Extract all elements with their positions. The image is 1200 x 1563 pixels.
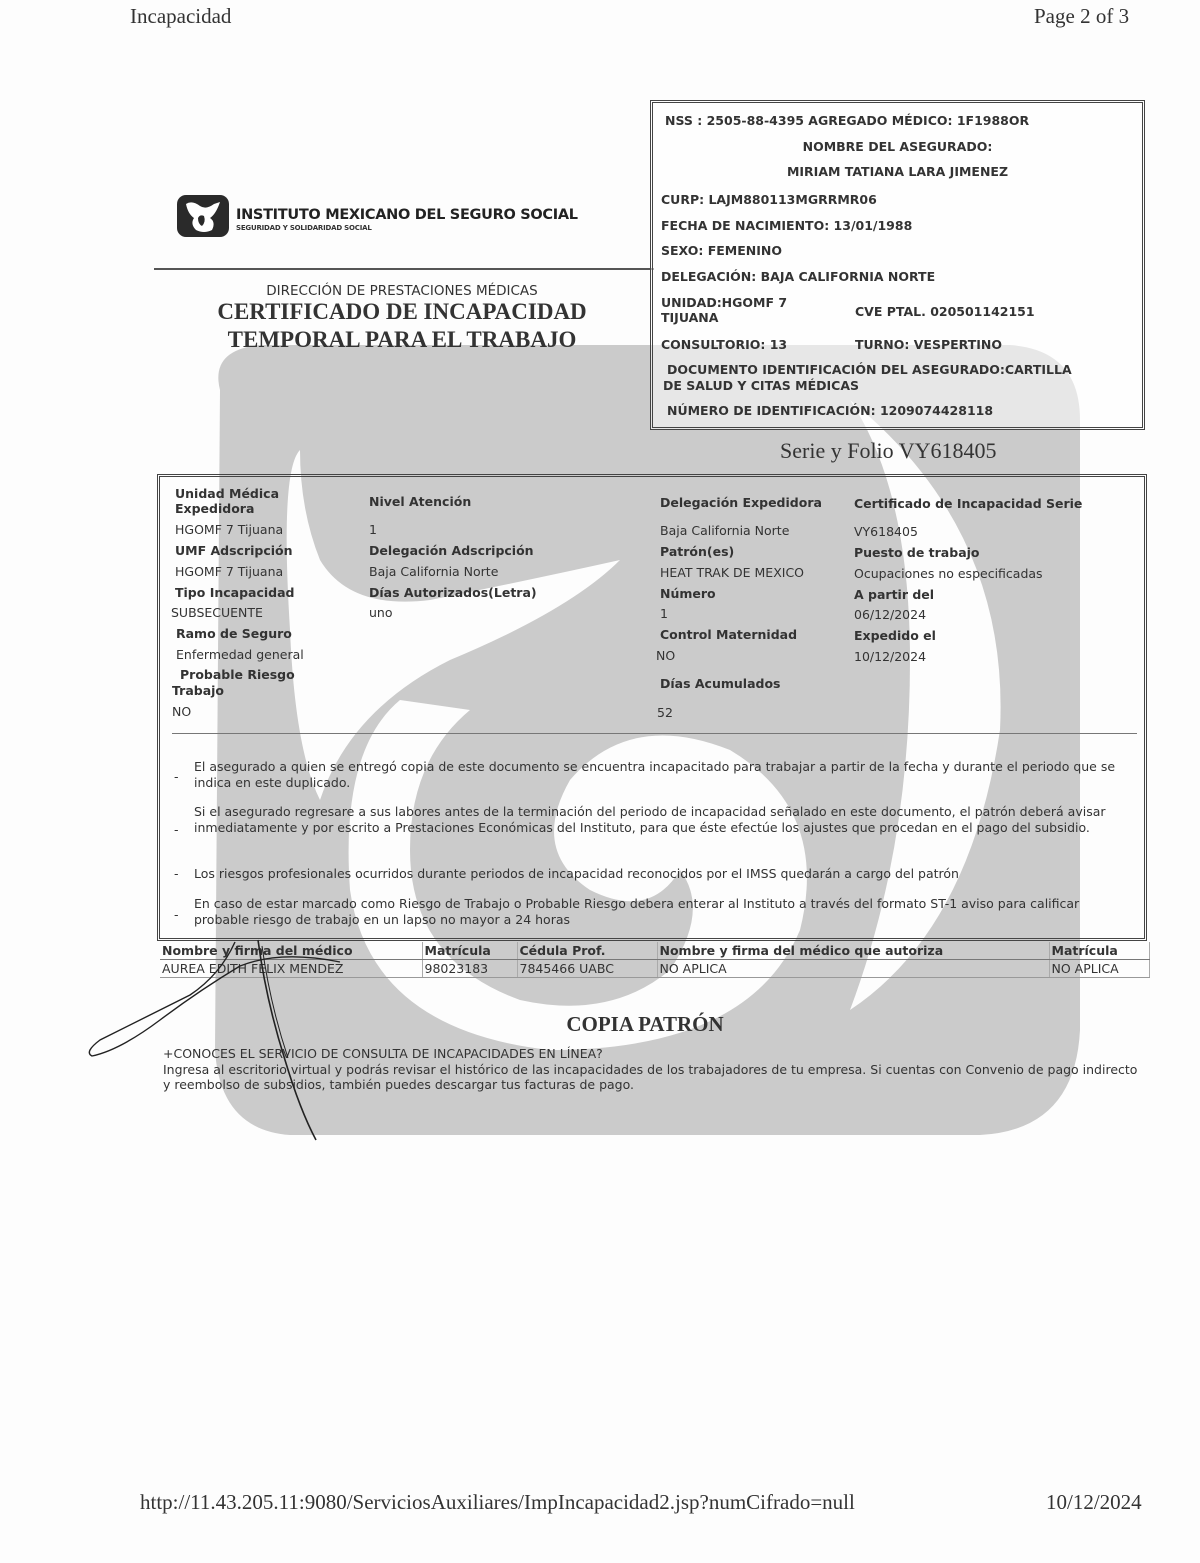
institution-subtitle: SEGURIDAD Y SOLIDARIDAD SOCIAL [236,224,372,232]
bullet: - [174,822,179,837]
note-item: Si el asegurado regresare a sus labores … [194,804,1129,836]
delegacion-expedidora-label: Delegación Expedidora [660,495,822,510]
ramo-label: Ramo de Seguro [176,626,292,641]
a-partir-label: A partir del [854,587,934,602]
numero-label: Número [660,586,716,601]
puesto-value: Ocupaciones no especificadas [854,566,1043,581]
nivel-atencion-value: 1 [369,522,377,537]
footer-url: http://11.43.205.11:9080/ServiciosAuxili… [140,1490,855,1515]
delegacion-adscripcion-label: Delegación Adscripción [369,543,534,558]
delegacion-expedidora-value: Baja California Norte [660,523,789,538]
dias-autorizados-value: uno [369,605,393,620]
table-row: AUREA EDITH FELIX MENDEZ 98023183 784546… [160,960,1150,978]
nss-line: NSS : 2505-88-4395 AGREGADO MÉDICO: 1F19… [665,113,1029,128]
umf-label: UMF Adscripción [175,543,293,558]
signature-table-header: Nombre y firma del médico Matrícula Cédu… [160,942,1150,960]
patron-label: Patrón(es) [660,544,734,559]
id-number-line: NÚMERO DE IDENTIFICACIÓN: 1209074428118 [667,403,993,418]
expedido-value: 10/12/2024 [854,649,926,664]
unit-line1: UNIDAD:HGOMF 7 [661,295,787,310]
certificado-serie-value: VY618405 [854,524,918,539]
a-partir-value: 06/12/2024 [854,607,926,622]
riesgo-label-2: Trabajo [172,683,224,698]
header-divider [154,268,654,270]
online-service-body: Ingresa al escritorio virtual y podrás r… [163,1062,1138,1093]
certificado-serie-label: Certificado de Incapacidad Serie [854,496,1082,511]
document-title-line1: CERTIFICADO DE INCAPACIDAD [150,299,654,325]
doctor-matricula: 98023183 [422,960,517,978]
insured-name: MIRIAM TATIANA LARA JIMENEZ [653,164,1142,179]
bullet: - [174,866,179,881]
riesgo-label-1: Probable Riesgo [180,667,295,682]
control-maternidad-value: NO [656,648,675,663]
consultorio-line: CONSULTORIO: 13 [661,337,787,352]
dias-autorizados-label: Días Autorizados(Letra) [369,585,537,600]
control-maternidad-label: Control Maternidad [660,627,797,642]
patron-value: HEAT TRAK DE MEXICO [660,565,804,580]
column-header: Matrícula [422,942,517,960]
column-header: Nombre y firma del médico [160,942,422,960]
id-document-line2: DE SALUD Y CITAS MÉDICAS [663,378,859,393]
column-header: Nombre y firma del médico que autoriza [657,942,1049,960]
delegation-line: DELEGACIÓN: BAJA CALIFORNIA NORTE [661,269,935,284]
sex-line: SEXO: FEMENINO [661,243,782,258]
insured-info-box: NSS : 2505-88-4395 AGREGADO MÉDICO: 1F19… [650,100,1145,430]
cve-ptal-line: CVE PTAL. 020501142151 [855,304,1035,319]
certificate-details-box: Unidad MédicaExpedidora HGOMF 7 Tijuana … [157,474,1147,941]
page-indicator: Page 2 of 3 [1034,4,1129,29]
expedido-label: Expedido el [854,628,936,643]
institution-name: INSTITUTO MEXICANO DEL SEGURO SOCIAL [236,207,578,223]
bullet: - [174,907,179,922]
insured-name-label: NOMBRE DEL ASEGURADO: [653,139,1142,154]
unit-line2: TIJUANA [661,310,718,325]
authorizing-matricula: NO APLICA [1049,960,1150,978]
unidad-medica-value: HGOMF 7 Tijuana [175,522,283,537]
dias-acumulados-value: 52 [657,705,673,720]
delegacion-adscripcion-value: Baja California Norte [369,564,498,579]
nivel-atencion-label: Nivel Atención [369,494,471,509]
imss-eagle-logo-icon [176,194,230,238]
copy-type-heading: COPIA PATRÓN [150,1012,1140,1037]
document-title-line2: TEMPORAL PARA EL TRABAJO [150,327,654,353]
curp-line: CURP: LAJM880113MGRRMR06 [661,192,877,207]
online-service-notice: +CONOCES EL SERVICIO DE CONSULTA DE INCA… [163,1046,1138,1093]
online-service-heading: +CONOCES EL SERVICIO DE CONSULTA DE INCA… [163,1046,1138,1062]
unidad-medica-label: Unidad MédicaExpedidora [175,486,279,516]
note-item: El asegurado a quien se entregó copia de… [194,759,1129,791]
birth-date-line: FECHA DE NACIMIENTO: 13/01/1988 [661,218,912,233]
serie-folio: Serie y Folio VY618405 [780,438,997,464]
doctor-cedula: 7845466 UABC [517,960,657,978]
umf-value: HGOMF 7 Tijuana [175,564,283,579]
footer-date: 10/12/2024 [1046,1490,1142,1515]
column-header: Cédula Prof. [517,942,657,960]
signature-table: Nombre y firma del médico Matrícula Cédu… [160,942,1150,978]
page-header-title: Incapacidad [130,4,231,29]
note-item: Los riesgos profesionales ocurridos dura… [194,866,1129,882]
direction-label: DIRECCIÓN DE PRESTACIONES MÉDICAS [150,283,654,299]
column-header: Matrícula [1049,942,1150,960]
section-divider [172,733,1137,734]
bullet: - [174,769,179,784]
ramo-value: Enfermedad general [176,647,304,662]
dias-acumulados-label: Días Acumulados [660,676,781,691]
turno-line: TURNO: VESPERTINO [855,337,1002,352]
id-document-line1: DOCUMENTO IDENTIFICACIÓN DEL ASEGURADO:C… [667,362,1072,377]
riesgo-value: NO [172,704,191,719]
puesto-label: Puesto de trabajo [854,545,980,560]
note-item: En caso de estar marcado como Riesgo de … [194,896,1129,928]
authorizing-doctor: NO APLICA [657,960,1049,978]
tipo-incapacidad-label: Tipo Incapacidad [175,585,295,600]
tipo-incapacidad-value: SUBSECUENTE [171,605,263,620]
numero-value: 1 [660,606,668,621]
doctor-name: AUREA EDITH FELIX MENDEZ [160,960,422,978]
